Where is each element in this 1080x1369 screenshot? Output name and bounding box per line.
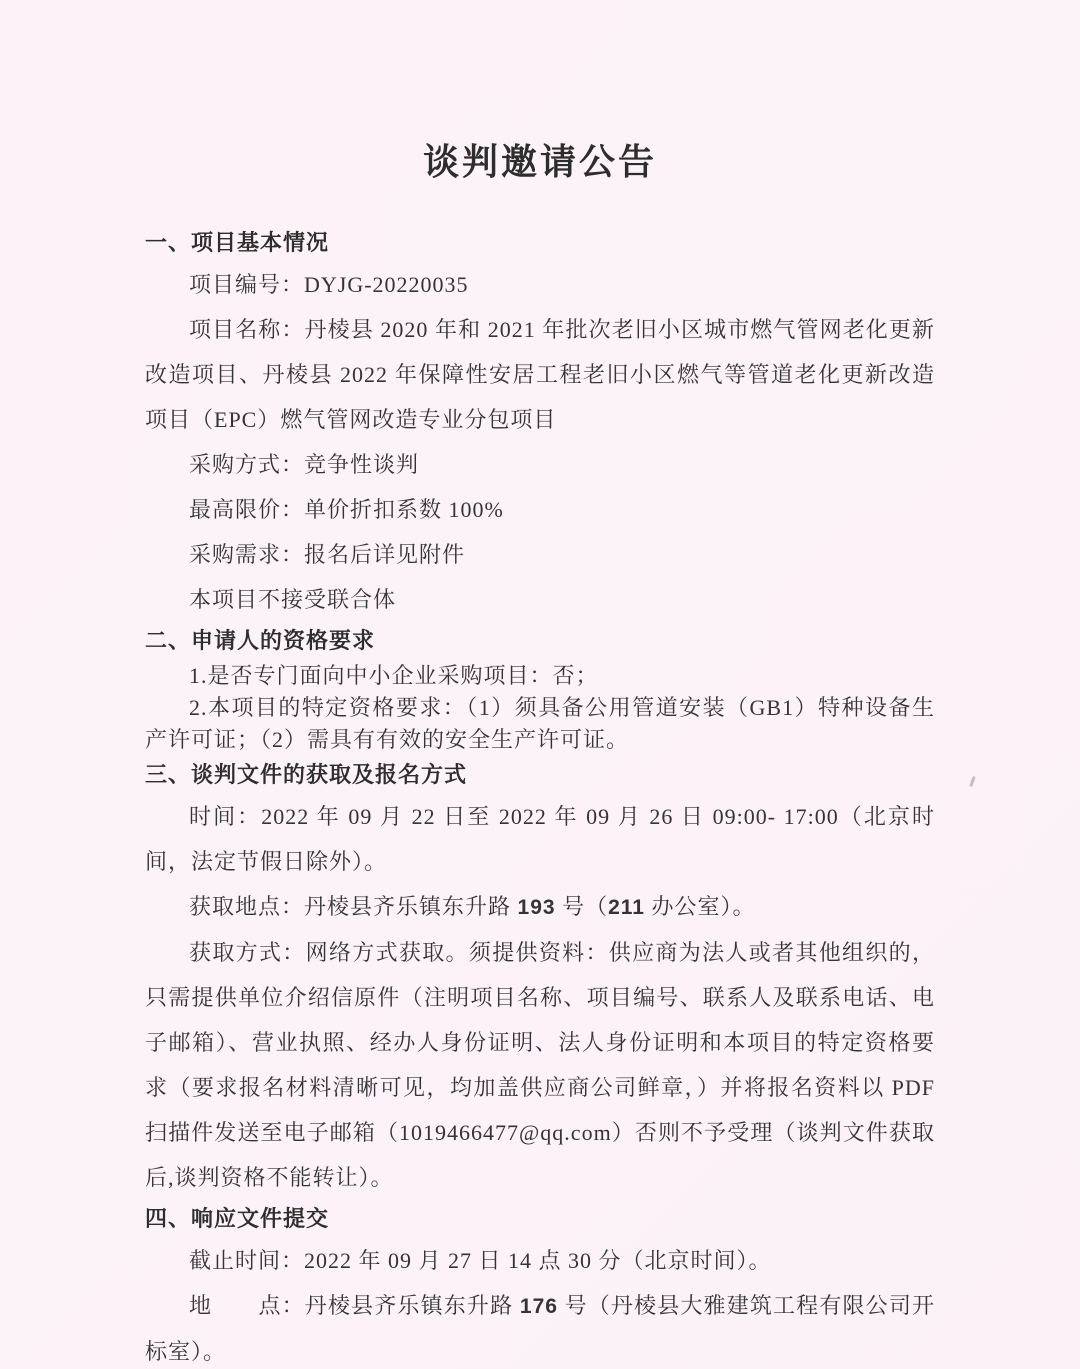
submission-location: 地 点：丹棱县齐乐镇东升路 176 号（丹棱县大雅建筑工程有限公司开标室）。 — [145, 1283, 935, 1369]
project-name: 项目名称：丹棱县 2020 年和 2021 年批次老旧小区城市燃气管网老化更新改… — [145, 307, 935, 442]
procurement-method: 采购方式：竞争性谈判 — [145, 442, 935, 487]
qualification-item-1: 1.是否专门面向中小企业采购项目：否； — [145, 660, 935, 692]
project-number: 项目编号：DYJG-20220035 — [145, 262, 935, 307]
acquisition-location-suffix: 办公室）。 — [645, 894, 756, 919]
office-number-211: 211 — [608, 896, 645, 919]
acquisition-location: 获取地点：丹棱县齐乐镇东升路 193 号（211 办公室）。 — [145, 884, 935, 930]
section-4-heading: 四、响应文件提交 — [145, 1202, 935, 1236]
acquisition-location-mid: 号（ — [556, 894, 609, 919]
street-number-193: 193 — [518, 896, 556, 919]
scanned-document-page: 谈判邀请公告 一、项目基本情况 项目编号：DYJG-20220035 项目名称：… — [0, 0, 1080, 1369]
acquisition-method: 获取方式：网络方式获取。须提供资料：供应商为法人或者其他组织的，只需提供单位介绍… — [145, 930, 935, 1200]
section-1-heading: 一、项目基本情况 — [145, 226, 935, 260]
procurement-demand: 采购需求：报名后详见附件 — [145, 532, 935, 577]
document-title: 谈判邀请公告 — [145, 140, 935, 184]
section-3-heading: 三、谈判文件的获取及报名方式 — [145, 758, 935, 792]
submission-location-prefix: 地 点：丹棱县齐乐镇东升路 — [189, 1293, 520, 1318]
no-consortium-note: 本项目不接受联合体 — [145, 577, 935, 622]
submission-deadline: 截止时间：2022 年 09 月 27 日 14 点 30 分（北京时间）。 — [145, 1238, 935, 1283]
acquisition-time: 时间：2022 年 09 月 22 日至 2022 年 09 月 26 日 09… — [145, 794, 935, 884]
section-2-heading: 二、申请人的资格要求 — [145, 624, 935, 658]
max-price-limit: 最高限价：单价折扣系数 100% — [145, 487, 935, 532]
street-number-176: 176 — [520, 1295, 558, 1318]
acquisition-location-prefix: 获取地点：丹棱县齐乐镇东升路 — [189, 894, 518, 919]
qualification-item-2: 2.本项目的特定资格要求：（1）须具备公用管道安装（GB1）特种设备生产许可证；… — [145, 692, 935, 756]
